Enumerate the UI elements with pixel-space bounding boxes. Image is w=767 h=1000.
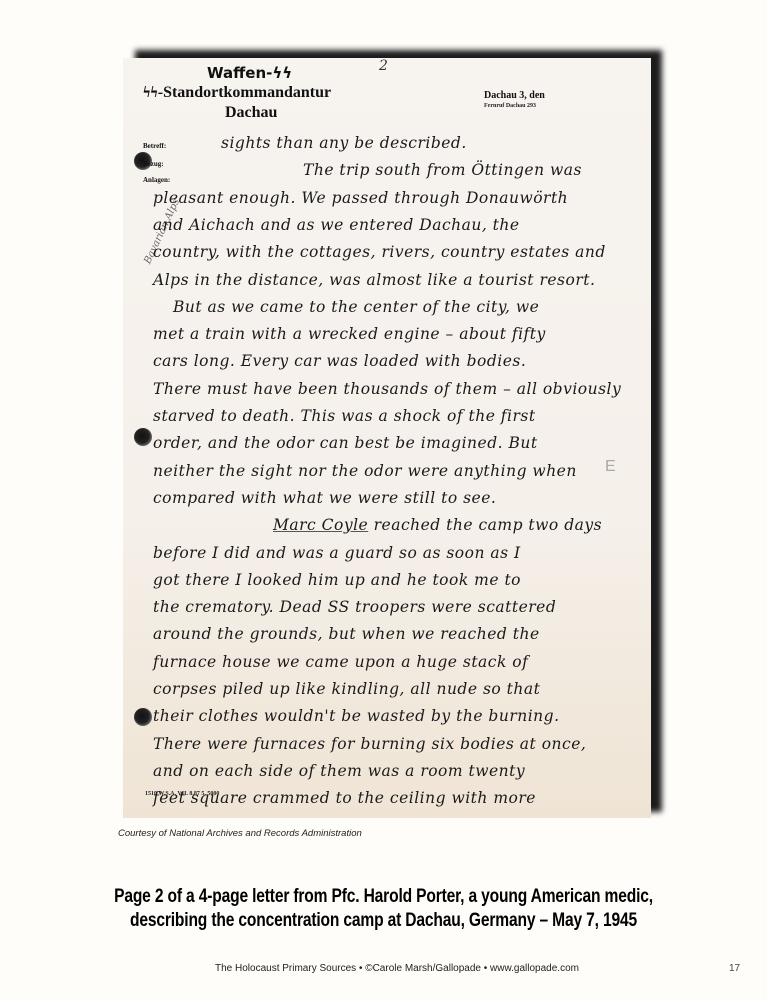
handwritten-page-number: 2 bbox=[379, 58, 388, 74]
handwritten-line: The trip south from Öttingen was bbox=[303, 161, 643, 179]
handwritten-line: compared with what we were still to see. bbox=[153, 489, 643, 507]
handwritten-line: starved to death. This was a shock of th… bbox=[153, 407, 643, 425]
handwritten-line: and Aichach and as we entered Dachau, th… bbox=[153, 216, 643, 234]
page-number: 17 bbox=[729, 963, 740, 974]
handwritten-line: got there I looked him up and he took me… bbox=[153, 571, 643, 589]
image-credit: Courtesy of National Archives and Record… bbox=[118, 828, 362, 839]
field-label-betreff: Betreff: bbox=[143, 142, 166, 150]
caption: Page 2 of a 4-page letter from Pfc. Haro… bbox=[69, 885, 698, 933]
handwritten-line: country, with the cottages, rivers, coun… bbox=[153, 243, 643, 261]
handwritten-line: and on each side of them was a room twen… bbox=[153, 762, 643, 780]
handwritten-line: feet square crammed to the ceiling with … bbox=[153, 789, 643, 807]
field-label-anlagen: Anlagen: bbox=[143, 176, 170, 184]
handwritten-line: corpses piled up like kindling, all nude… bbox=[153, 680, 643, 698]
handwritten-line: around the grounds, but when we reached … bbox=[153, 625, 643, 643]
handwritten-line: There must have been thousands of them –… bbox=[153, 380, 643, 398]
letterhead-line1: Waffen-ϟϟ bbox=[207, 64, 292, 82]
handwritten-line: met a train with a wrecked engine – abou… bbox=[153, 325, 643, 343]
punch-hole bbox=[134, 708, 152, 726]
handwritten-line: pleasant enough. We passed through Donau… bbox=[153, 189, 643, 207]
handwritten-line: order, and the odor can best be imagined… bbox=[153, 434, 643, 452]
handwritten-line: sights than any be described. bbox=[221, 134, 643, 152]
punch-hole bbox=[134, 428, 152, 446]
underlined-name: Marc Coyle bbox=[273, 516, 368, 534]
handwritten-line: furnace house we came upon a huge stack … bbox=[153, 653, 643, 671]
form-code: 1510 W.S.A. VII. 8.87 5. 5000 bbox=[145, 791, 219, 797]
handwritten-line: Marc Coyle reached the camp two days bbox=[273, 516, 643, 534]
handwritten-line: neither the sight nor the odor were anyt… bbox=[153, 462, 643, 480]
handwritten-line: bodies – one big stinking rotten mess. T… bbox=[153, 817, 643, 819]
letterhead-phone: Fernruf Dachau 293 bbox=[484, 103, 536, 109]
letterhead-place-date: Dachau 3, den bbox=[484, 90, 545, 101]
letterhead-line2: ϟϟ-Standortkommandantur bbox=[143, 84, 331, 102]
caption-line1: Page 2 of a 4-page letter from Pfc. Haro… bbox=[69, 885, 698, 909]
handwritten-line: There were furnaces for burning six bodi… bbox=[153, 735, 643, 753]
handwritten-line: cars long. Every car was loaded with bod… bbox=[153, 352, 643, 370]
handwritten-line: their clothes wouldn't be wasted by the … bbox=[153, 707, 643, 725]
letter-scan: 2 Waffen-ϟϟ ϟϟ-Standortkommandantur Dach… bbox=[123, 58, 651, 818]
handwritten-line: But as we came to the center of the city… bbox=[173, 298, 643, 316]
letterhead-line3: Dachau bbox=[225, 104, 277, 122]
footer-text: The Holocaust Primary Sources • ©Carole … bbox=[215, 963, 579, 974]
handwritten-line: the crematory. Dead SS troopers were sca… bbox=[153, 598, 643, 616]
caption-line2: describing the concentration camp at Dac… bbox=[69, 909, 698, 933]
field-label-bezug: Bezug: bbox=[143, 160, 164, 168]
handwritten-line: Alps in the distance, was almost like a … bbox=[153, 271, 643, 289]
handwritten-line: before I did and was a guard so as soon … bbox=[153, 544, 643, 562]
